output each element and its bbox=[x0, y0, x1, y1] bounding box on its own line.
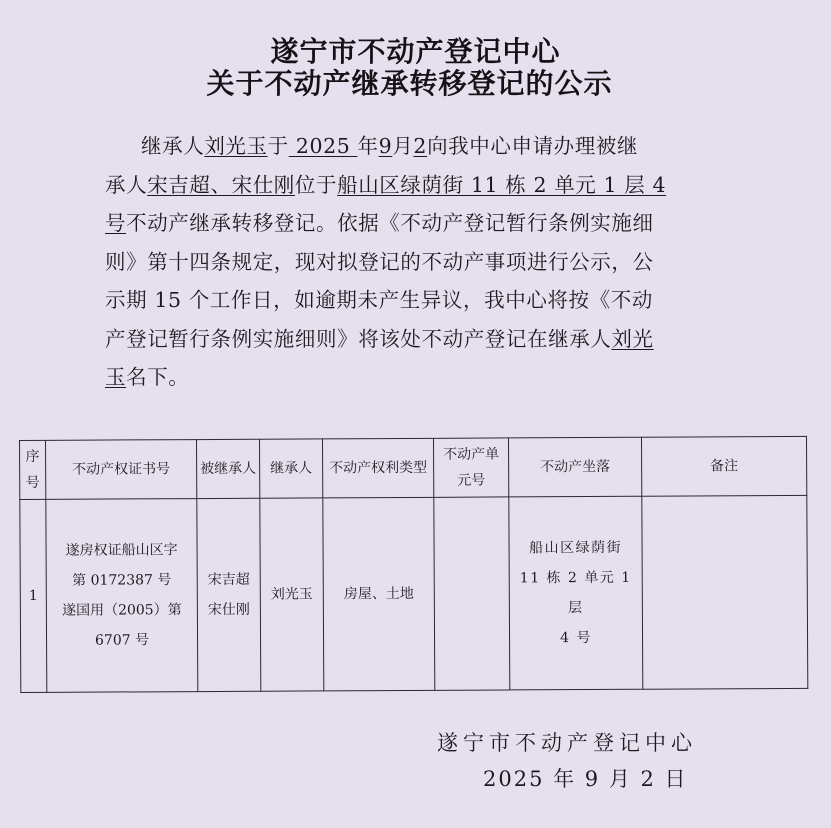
header-seq: 序号 bbox=[20, 440, 46, 499]
cell-remarks bbox=[642, 495, 808, 689]
registration-table: 序号 不动产权证书号 被继承人 继承人 不动产权利类型 不动产单元号 不动产坐落… bbox=[19, 436, 808, 693]
body-line-5: 示期 15 个工作日，如逾期未产生异议，我中心将按《不动 bbox=[105, 281, 705, 320]
heir-name: 刘光玉 bbox=[204, 134, 267, 158]
heir-name-2-cont: 玉 bbox=[105, 365, 126, 389]
body-line-7: 玉名下。 bbox=[105, 358, 705, 397]
application-month: 9 bbox=[379, 134, 393, 158]
application-year: 2025 bbox=[289, 134, 358, 158]
document-title-line-2: 关于不动产继承转移登记的公示 bbox=[0, 62, 825, 102]
decedent-names: 宋吉超、宋仕刚 bbox=[147, 173, 295, 197]
cell-location: 船山区绿荫街11 栋 2 单元 1 层4 号 bbox=[509, 496, 643, 690]
header-remarks: 备注 bbox=[641, 436, 806, 496]
body-line-3: 号不动产继承转移登记。依据《不动产登记暂行条例实施细 bbox=[105, 204, 705, 243]
cell-cert: 遂房权证船山区字第 0172387 号遂国用（2005）第6707 号 bbox=[46, 499, 198, 693]
header-unit: 不动产单元号 bbox=[433, 438, 508, 497]
cell-decedent: 宋吉超宋仕刚 bbox=[197, 498, 261, 691]
heir-name-2: 刘光 bbox=[611, 327, 653, 351]
header-decedent: 被继承人 bbox=[197, 439, 260, 498]
cell-seq: 1 bbox=[20, 499, 47, 692]
property-address: 船山区绿荫街 11 栋 2 单元 1 层 4 bbox=[337, 173, 666, 197]
cell-right-type: 房屋、土地 bbox=[323, 497, 435, 691]
table-row: 1 遂房权证船山区字第 0172387 号遂国用（2005）第6707 号 宋吉… bbox=[20, 495, 808, 692]
issuer-signature: 遂宁市不动产登记中心 bbox=[437, 727, 697, 757]
body-line-4: 则》第十四条规定，现对拟登记的不动产事项进行公示，公 bbox=[105, 243, 705, 282]
body-line-6: 产登记暂行条例实施细则》将该处不动产登记在继承人刘光 bbox=[105, 320, 705, 359]
issue-date: 2025 年 9 月 2 日 bbox=[483, 763, 688, 793]
header-location: 不动产坐落 bbox=[508, 437, 641, 497]
header-heir: 继承人 bbox=[259, 439, 322, 498]
body-line-1: 继承人刘光玉于 2025 年9月2向我中心申请办理被继 bbox=[105, 127, 705, 166]
cell-heir: 刘光玉 bbox=[260, 498, 324, 691]
header-right-type: 不动产权利类型 bbox=[322, 438, 433, 498]
table-header-row: 序号 不动产权证书号 被继承人 继承人 不动产权利类型 不动产单元号 不动产坐落… bbox=[20, 436, 807, 499]
cell-unit bbox=[434, 497, 510, 690]
application-day: 2 bbox=[413, 134, 427, 158]
property-address-cont: 号 bbox=[105, 211, 126, 235]
notice-body: 继承人刘光玉于 2025 年9月2向我中心申请办理被继 承人宋吉超、宋仕刚位于船… bbox=[105, 127, 705, 397]
header-cert: 不动产权证书号 bbox=[46, 440, 197, 500]
body-line-2: 承人宋吉超、宋仕刚位于船山区绿荫街 11 栋 2 单元 1 层 4 bbox=[105, 166, 705, 205]
